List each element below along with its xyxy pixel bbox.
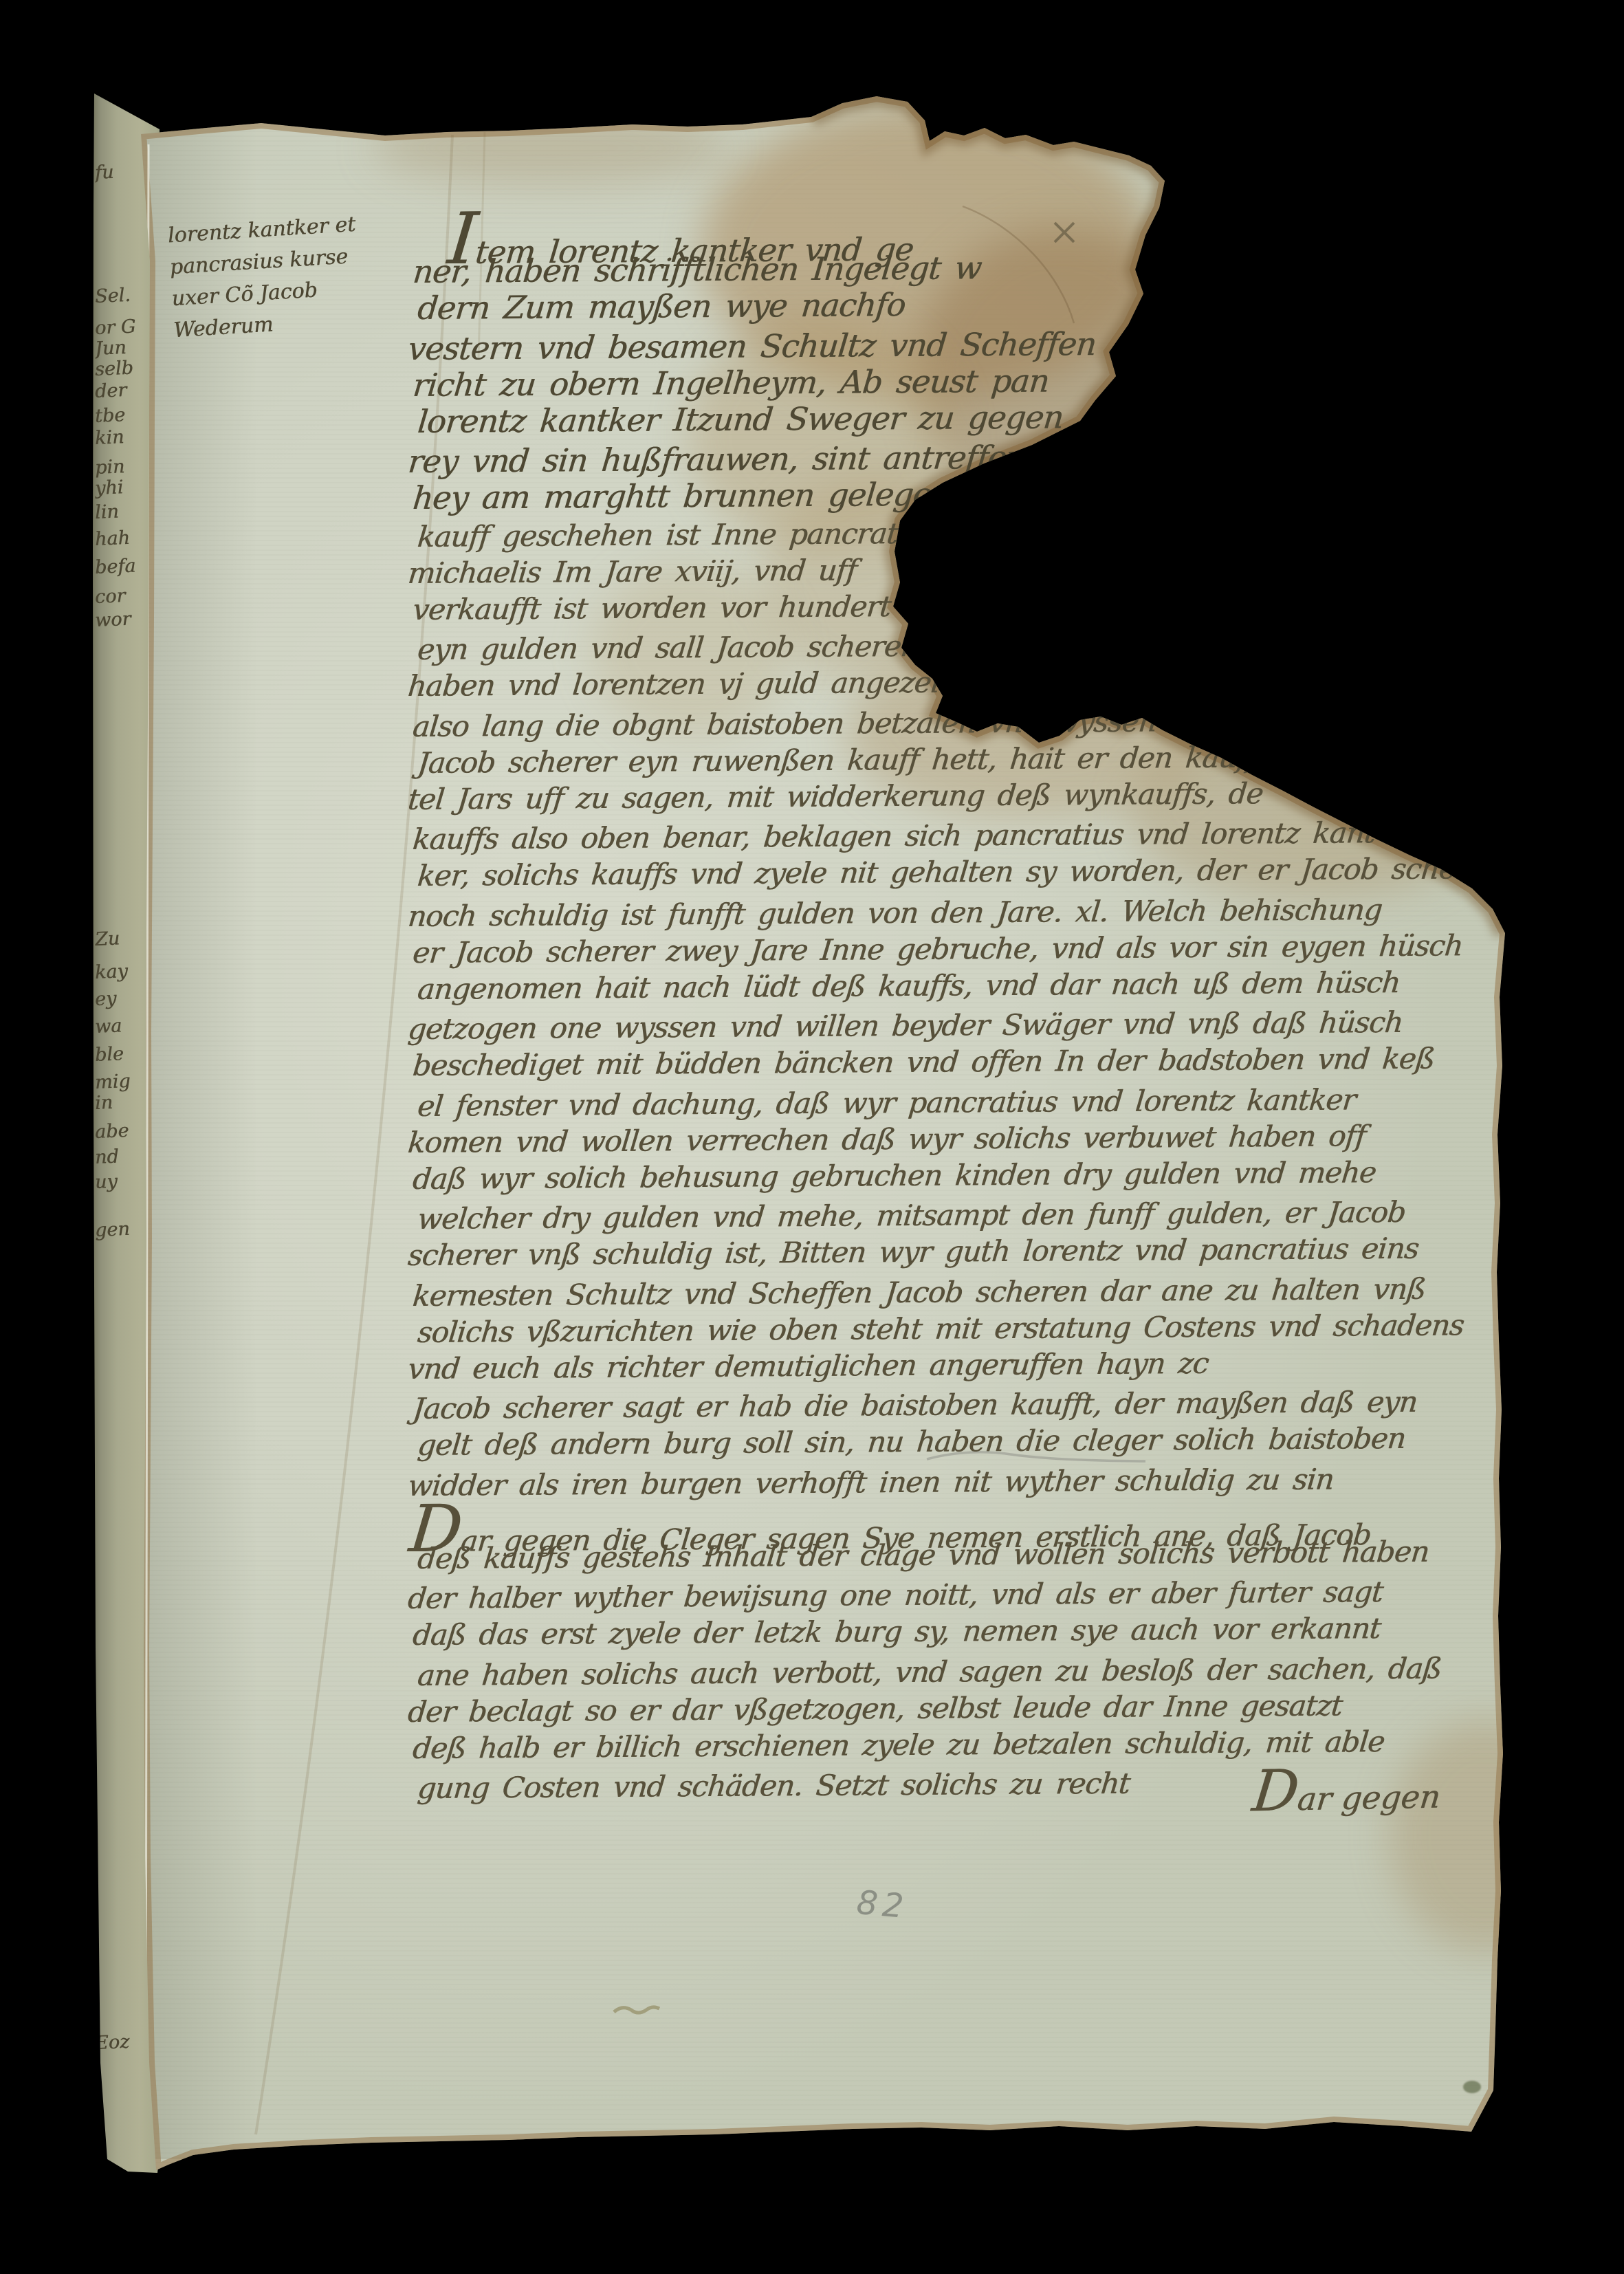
manuscript-page: lorentz kantker et pancrasius kurse uxer… [0,0,1624,2274]
text-line: scherer vnß schuldig ist, Bitten wyr gut… [406,1232,1420,1272]
text-line: kernesten Schultz vnd Scheffen Jacob sch… [411,1272,1427,1313]
text-line: der beclagt so er dar vßgetzogen, selbst… [406,1689,1343,1729]
page-number-pencil: 82 [855,1883,910,1926]
strip-fragment: tbe [94,403,158,427]
text-line: komen vnd wollen verrechen daß wyr solic… [406,1119,1367,1159]
text-line: el fenster vnd dachung, daß wyr pancrati… [416,1082,1357,1123]
text-line: noch schuldig ist funfft gulden von den … [406,893,1383,933]
water-stain [1389,1719,1581,1953]
text-line: der halber wyther bewijsung one noitt, v… [406,1575,1384,1615]
strip-fragment: selb [94,356,158,380]
text-line: vnd euch als richter demutiglichen anger… [406,1346,1210,1386]
text-line: eyn gulden vnd sall Jacob scherer ve [416,629,961,666]
text-line: widder als iren burgen verhofft inen nit… [406,1463,1335,1502]
text-line: ner, haben schrifftlichen Ingelegt w [411,249,983,290]
text-line: tel Jars uff zu sagen, mit widderkerung … [406,776,1264,816]
catchword: Dar gegen [1250,1766,1444,1819]
faded-scribble [614,2007,659,2013]
strip-fragment: kin [94,425,158,449]
text-line: vestern vnd besamen Schultz vnd Scheffen [406,325,1098,367]
text-line: michaelis Im Jare xviij, vnd uff [406,553,858,590]
text-line: angenomen hait nach lüdt deß kauffs, vnd… [416,965,1401,1006]
text-line: Jacob scherer eyn ruwenßen kauff hett, h… [416,740,1300,780]
text-line: ane haben solichs auch verbott, vnd sage… [416,1652,1443,1692]
text-line: lorentz kantker Itzund Sweger zu gegen [416,398,1065,440]
text-line: verkaufft ist worden vor hundert [411,589,892,626]
text-line: gung Costen vnd schäden. Setzt solichs z… [416,1767,1132,1805]
water-stain [371,110,729,186]
strip-fragment: Sel. [94,283,158,307]
text-line: rey vnd sin hußfrauwen, sint antreffen e… [406,438,1097,480]
text-line: deß kauffs gestehs Inhalt der clage vnd … [416,1535,1431,1575]
margin-note: lorentz kantker et pancrasius kurse uxer… [167,209,362,347]
text-line: deß halb er billich erschienen zyele zu … [411,1725,1386,1765]
text-line: richt zu obern Ingelheym, Ab seust pan [411,362,1051,404]
text-line: getzogen one wyssen vnd willen beyder Sw… [406,1005,1404,1046]
text-line: daß wyr solich behusung gebruchen kinden… [411,1155,1377,1196]
paper-flaw-speck [1463,2081,1481,2093]
text-line: also lang die obgnt baistoben betzalen v… [411,704,1196,743]
text-line: beschediget mit büdden bäncken vnd offen… [411,1042,1436,1082]
photograph-stage: fuSel.or GJunselbdertbekinpinyhilinhahbe… [0,0,1624,2274]
text-line: daß das erst zyele der letzk burg sy, ne… [411,1611,1382,1652]
text-line: welcher dry gulden vnd mehe, mitsampt de… [416,1195,1407,1236]
text-line: kauff geschehen ist Inne pancratius [416,516,940,554]
text-line: kauffs also oben benar, beklagen sich pa… [411,816,1377,856]
text-line: gelt deß andern burg soll sin, nu haben … [416,1421,1407,1462]
gutter-shadow [141,124,258,2159]
text-line: er Jacob scherer zwey Jare Inne gebruche… [411,928,1464,970]
text-line: Jacob scherer sagt er hab die baistoben … [411,1385,1418,1425]
text-line: hey am marghtt brunnen gelegen Zu [411,475,1008,516]
strip-fragment: der [94,378,158,402]
text-line: dern Zum mayßen wye nachfo [416,286,907,327]
text-line: haben vnd lorentzen vj guld angezei [406,666,941,703]
text-line: solichs vßzurichten wie oben steht mit e… [416,1308,1465,1349]
